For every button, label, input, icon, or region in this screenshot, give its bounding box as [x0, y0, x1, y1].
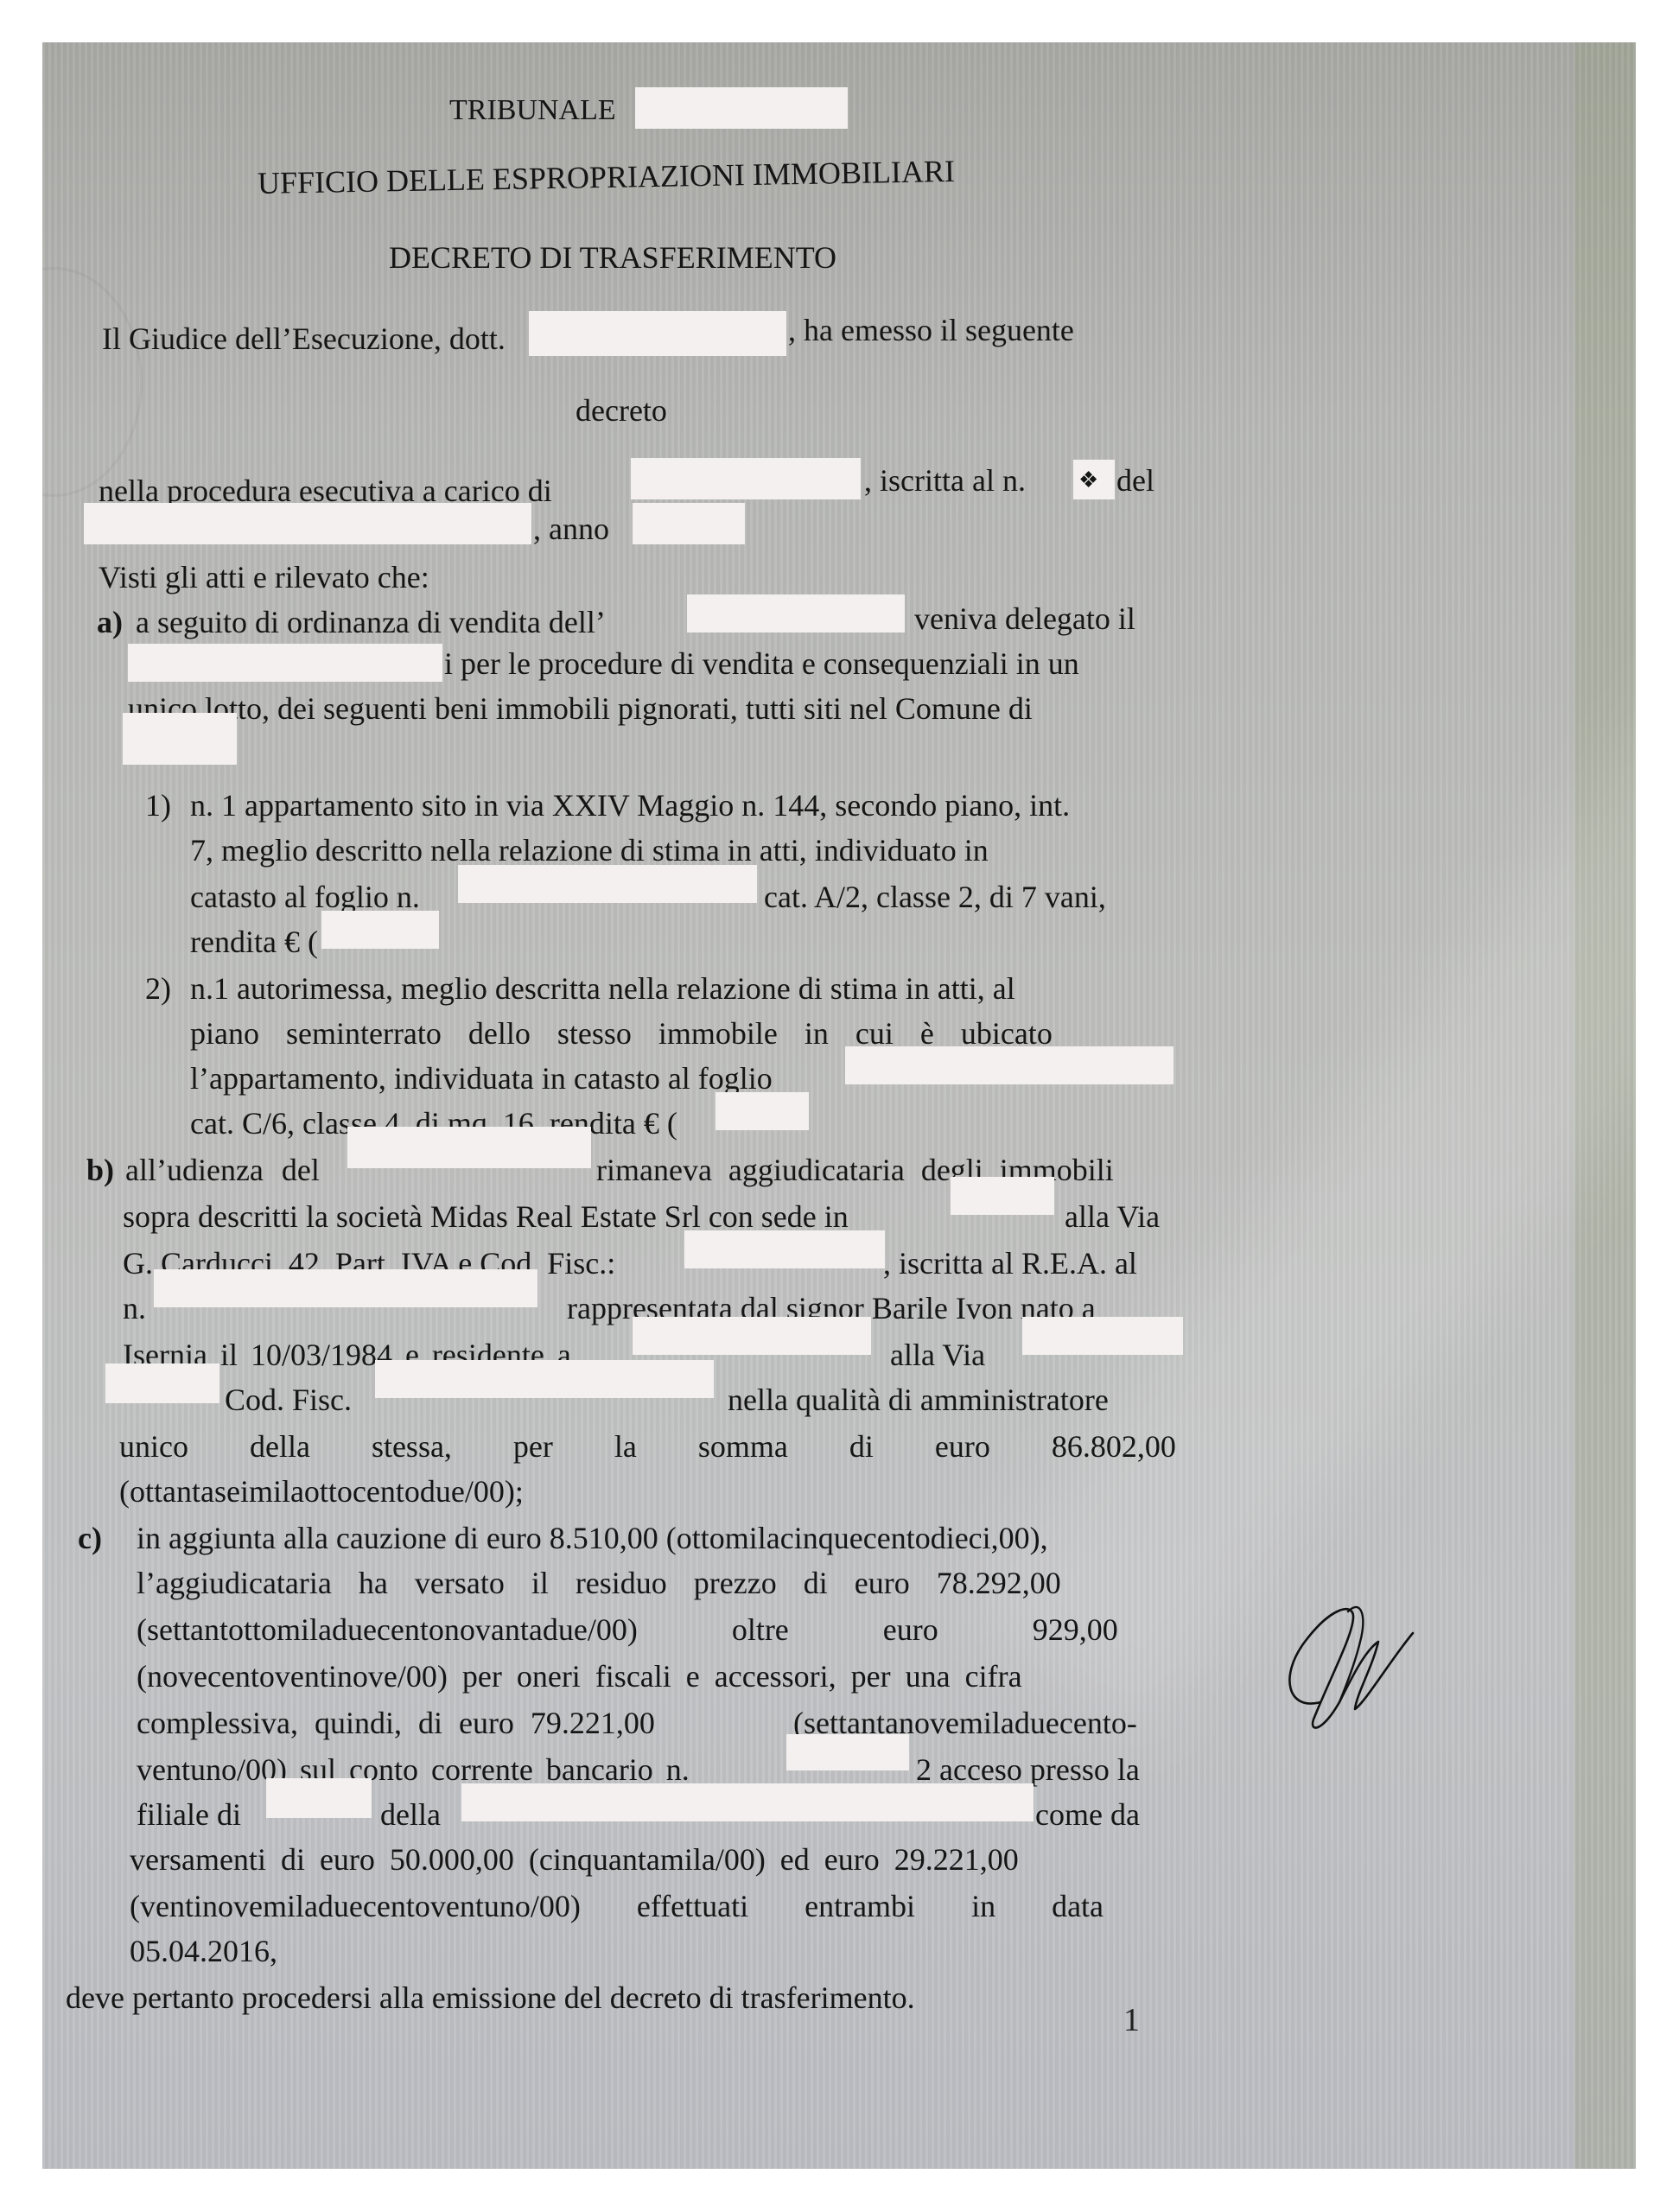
- section-c-line-2: l’aggiudicataria ha versato il residuo p…: [137, 1566, 1061, 1600]
- item-1-line-3a: catasto al foglio n.: [190, 880, 420, 914]
- item-1-line-1: n. 1 appartamento sito in via XXIV Maggi…: [190, 788, 1070, 823]
- section-c-line-6a: ventuno/00) sul conto corrente bancario …: [137, 1752, 690, 1787]
- redaction-delegate: [128, 644, 442, 682]
- redaction-cadastral-ref-1: [458, 865, 757, 903]
- section-a-line-2: i per le procedure di vendita e conseque…: [444, 646, 1079, 681]
- redaction-registry: [84, 503, 531, 544]
- visti-line: Visti gli atti e rilevato che:: [99, 560, 429, 594]
- section-c-line-10: 05.04.2016,: [130, 1934, 277, 1968]
- section-b-line-4a: n.: [123, 1291, 146, 1325]
- redaction-bank-name: [461, 1783, 1033, 1821]
- case-number-glyph: ❖: [1078, 463, 1098, 498]
- section-c-line-7a: filiale di: [137, 1797, 241, 1832]
- redaction-rent-2: [715, 1092, 809, 1130]
- section-c-line-8: versamenti di euro 50.000,00 (cinquantam…: [130, 1842, 1019, 1877]
- judge-line-prefix: Il Giudice dell’Esecuzione, dott.: [102, 321, 506, 356]
- procedure-line-1b: , iscritta al n.: [864, 463, 1026, 498]
- redaction-street: [1022, 1317, 1183, 1355]
- redaction-court-office: [687, 594, 905, 632]
- procedure-line-1c: del: [1116, 463, 1154, 498]
- redaction-cadastral-ref-2: [845, 1046, 1173, 1084]
- section-a-line-1a: a seguito di ordinanza di vendita dell’: [136, 605, 606, 639]
- item-1-line-2: 7, meglio descritto nella relazione di s…: [190, 833, 989, 868]
- decree-word: decreto: [576, 393, 667, 428]
- section-c-line-3: (settantottomiladuecentonovantadue/00) o…: [137, 1612, 1118, 1647]
- redaction-branch: [266, 1778, 372, 1818]
- item-2-label: 2): [145, 971, 171, 1006]
- signature-icon: [1270, 1564, 1460, 1737]
- redaction-debtor: [631, 458, 861, 499]
- redaction-tax-code: [375, 1360, 714, 1398]
- redaction-hearing-date: [347, 1127, 591, 1168]
- section-b-line-1a: all’udienza del: [125, 1153, 320, 1187]
- redaction-judge-name: [529, 311, 786, 356]
- section-b-line-5b: alla Via: [890, 1338, 985, 1372]
- section-a-line-1b: veniva delegato il: [914, 601, 1135, 636]
- section-b-line-7: unico della stessa, per la somma di euro…: [119, 1429, 1182, 1464]
- redaction-account-number: [786, 1734, 909, 1770]
- section-c-line-7b: della: [380, 1797, 441, 1832]
- redaction-vat-number: [684, 1230, 885, 1268]
- item-1-line-3b: cat. A/2, classe 2, di 7 vani,: [764, 880, 1106, 914]
- redaction-year: [633, 503, 745, 544]
- conclusion-line: deve pertanto procedersi alla emissione …: [66, 1980, 915, 2015]
- redaction-street-number: [105, 1363, 219, 1403]
- section-b-line-8: (ottantaseimilaottocentodue/00);: [119, 1474, 524, 1509]
- item-2-line-3: l’appartamento, individuata in catasto a…: [190, 1061, 773, 1096]
- section-c-line-1: in aggiunta alla cauzione di euro 8.510,…: [137, 1521, 1048, 1555]
- item-1-line-4: rendita € (: [190, 925, 318, 959]
- section-b-label: b): [86, 1153, 114, 1187]
- court-heading: TRIBUNALE: [449, 93, 616, 128]
- faint-stamp: [42, 267, 143, 497]
- section-b-line-6a: Cod. Fisc.: [225, 1382, 352, 1417]
- section-b-line-7-text: unico della stessa, per la somma di euro…: [119, 1429, 1176, 1464]
- section-a-label: a): [97, 605, 123, 639]
- section-c-line-6b: 2 acceso presso la: [916, 1752, 1140, 1787]
- item-2-line-2-text: piano seminterrato dello stesso immobile…: [190, 1016, 1053, 1051]
- section-c-line-5a: complessiva, quindi, di euro 79.221,00: [137, 1706, 655, 1740]
- section-b-line-3b: , iscritta al R.E.A. al: [883, 1246, 1137, 1281]
- section-c-label: c): [78, 1521, 102, 1555]
- item-2-line-1: n.1 autorimessa, meglio descritta nella …: [190, 971, 1015, 1006]
- redaction-residence: [633, 1317, 871, 1355]
- redaction-rea-number: [154, 1269, 537, 1307]
- section-b-line-6b: nella qualità di amministratore: [728, 1382, 1109, 1417]
- court-label: TRIBUNALE: [449, 94, 616, 126]
- redaction-company-seat: [951, 1177, 1054, 1215]
- section-a-line-3: unico lotto, dei seguenti beni immobili …: [128, 691, 1033, 726]
- section-b-line-2b: alla Via: [1065, 1199, 1160, 1234]
- section-c-line-7c: come da: [1035, 1797, 1140, 1832]
- section-c-line-4: (novecentoventinove/00) per oneri fiscal…: [137, 1659, 1022, 1694]
- redaction-rent-1: [321, 911, 439, 949]
- item-2-line-2: piano seminterrato dello stesso immobile…: [190, 1016, 1175, 1051]
- page-number: 1: [1123, 2001, 1140, 2039]
- item-1-label: 1): [145, 788, 171, 823]
- judge-line-suffix: , ha emesso il seguente: [788, 313, 1074, 347]
- procedure-line-2: , anno: [533, 512, 609, 546]
- section-c-line-9: (ventinovemiladuecentoventuno/00) effett…: [130, 1889, 1103, 1923]
- document-title: DECRETO DI TRASFERIMENTO: [389, 240, 836, 275]
- section-b-line-2a: sopra descritti la società Midas Real Es…: [123, 1199, 849, 1234]
- redaction-court-city: [635, 87, 848, 129]
- redaction-municipality: [123, 713, 237, 765]
